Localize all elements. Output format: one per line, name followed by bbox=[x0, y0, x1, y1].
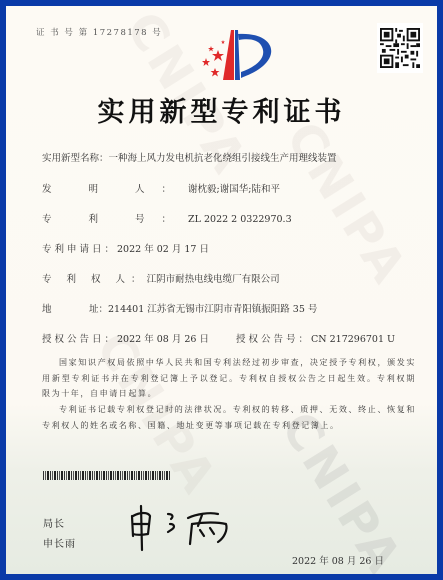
director-name: 申长雨 bbox=[43, 535, 76, 550]
certificate-page: CNIPA CNIPA CNIPA CNIPA 证 书 号 第 17278178… bbox=[6, 6, 437, 574]
grant-date-value: 2022 年 08 月 26 日 bbox=[117, 334, 209, 345]
qr-code-icon[interactable] bbox=[377, 23, 423, 73]
utility-model-name-label: 实用新型名称： bbox=[42, 150, 109, 164]
address-label-part2: 址： bbox=[89, 301, 108, 315]
address-label: 地址： bbox=[42, 301, 108, 315]
patent-number-row: 专 利 号：ZL 2022 2 0322970.3 bbox=[42, 211, 292, 225]
grant-number-value: CN 217296701 U bbox=[311, 334, 395, 345]
patentee-label: 专 利 权 人： bbox=[42, 271, 147, 285]
cnipa-logo-icon bbox=[193, 28, 281, 83]
inventors-label: 发 明 人： bbox=[42, 181, 188, 195]
utility-model-name-value: 一种海上风力发电机抗老化绕组引接线生产用理线装置 bbox=[109, 153, 337, 164]
grant-date-row: 授权公告日：2022 年 08 月 26 日 bbox=[42, 331, 209, 345]
certificate-number: 证 书 号 第 17278178 号 bbox=[36, 26, 162, 38]
signature-icon bbox=[126, 502, 241, 552]
address-label-part1: 地 bbox=[42, 304, 52, 315]
grant-number-row: 授权公告号：CN 217296701 U bbox=[236, 331, 395, 345]
inventors-value: 谢枕毅;谢国华;陆和平 bbox=[188, 184, 280, 195]
director-title: 局长 bbox=[43, 515, 65, 530]
utility-model-name-row: 实用新型名称：一种海上风力发电机抗老化绕组引接线生产用理线装置 bbox=[42, 150, 337, 164]
certificate-number-value: 17278178 bbox=[93, 28, 148, 38]
certificate-number-suffix: 号 bbox=[152, 28, 162, 38]
grant-date-label: 授权公告日： bbox=[42, 331, 117, 345]
patent-number-value: ZL 2022 2 0322970.3 bbox=[188, 214, 292, 225]
address-row: 地址：214401 江苏省无锡市江阴市青阳镇振阳路 35 号 bbox=[42, 301, 317, 315]
filing-date-value: 2022 年 02 月 17 日 bbox=[117, 244, 209, 255]
grant-number-label: 授权公告号： bbox=[236, 334, 311, 345]
address-value: 214401 江苏省无锡市江阴市青阳镇振阳路 35 号 bbox=[108, 304, 317, 315]
barcode-icon bbox=[43, 471, 170, 480]
patentee-value: 江阴市耐热电线电缆厂有限公司 bbox=[147, 274, 280, 285]
certificate-number-label: 证 书 号 第 bbox=[36, 28, 89, 38]
watermark: CNIPA bbox=[275, 112, 419, 295]
issue-date: 2022 年 08 月 26 日 bbox=[292, 553, 384, 567]
patent-number-label: 专 利 号： bbox=[42, 211, 188, 225]
grant-statement-paragraph: 国家知识产权局依照中华人民共和国专利法经过初步审查，决定授予专利权，颁发实用新型… bbox=[42, 355, 416, 402]
filing-date-label: 专利申请日： bbox=[42, 241, 117, 255]
page-title: 实用新型专利证书 bbox=[6, 90, 437, 129]
legal-status-paragraph: 专利证书记载专利权登记时的法律状况。专利权的转移、质押、无效、终止、恢复和专利权… bbox=[42, 402, 416, 433]
inventors-row: 发 明 人：谢枕毅;谢国华;陆和平 bbox=[42, 181, 280, 195]
filing-date-row: 专利申请日：2022 年 02 月 17 日 bbox=[42, 241, 209, 255]
patentee-row: 专 利 权 人：江阴市耐热电线电缆厂有限公司 bbox=[42, 271, 280, 285]
